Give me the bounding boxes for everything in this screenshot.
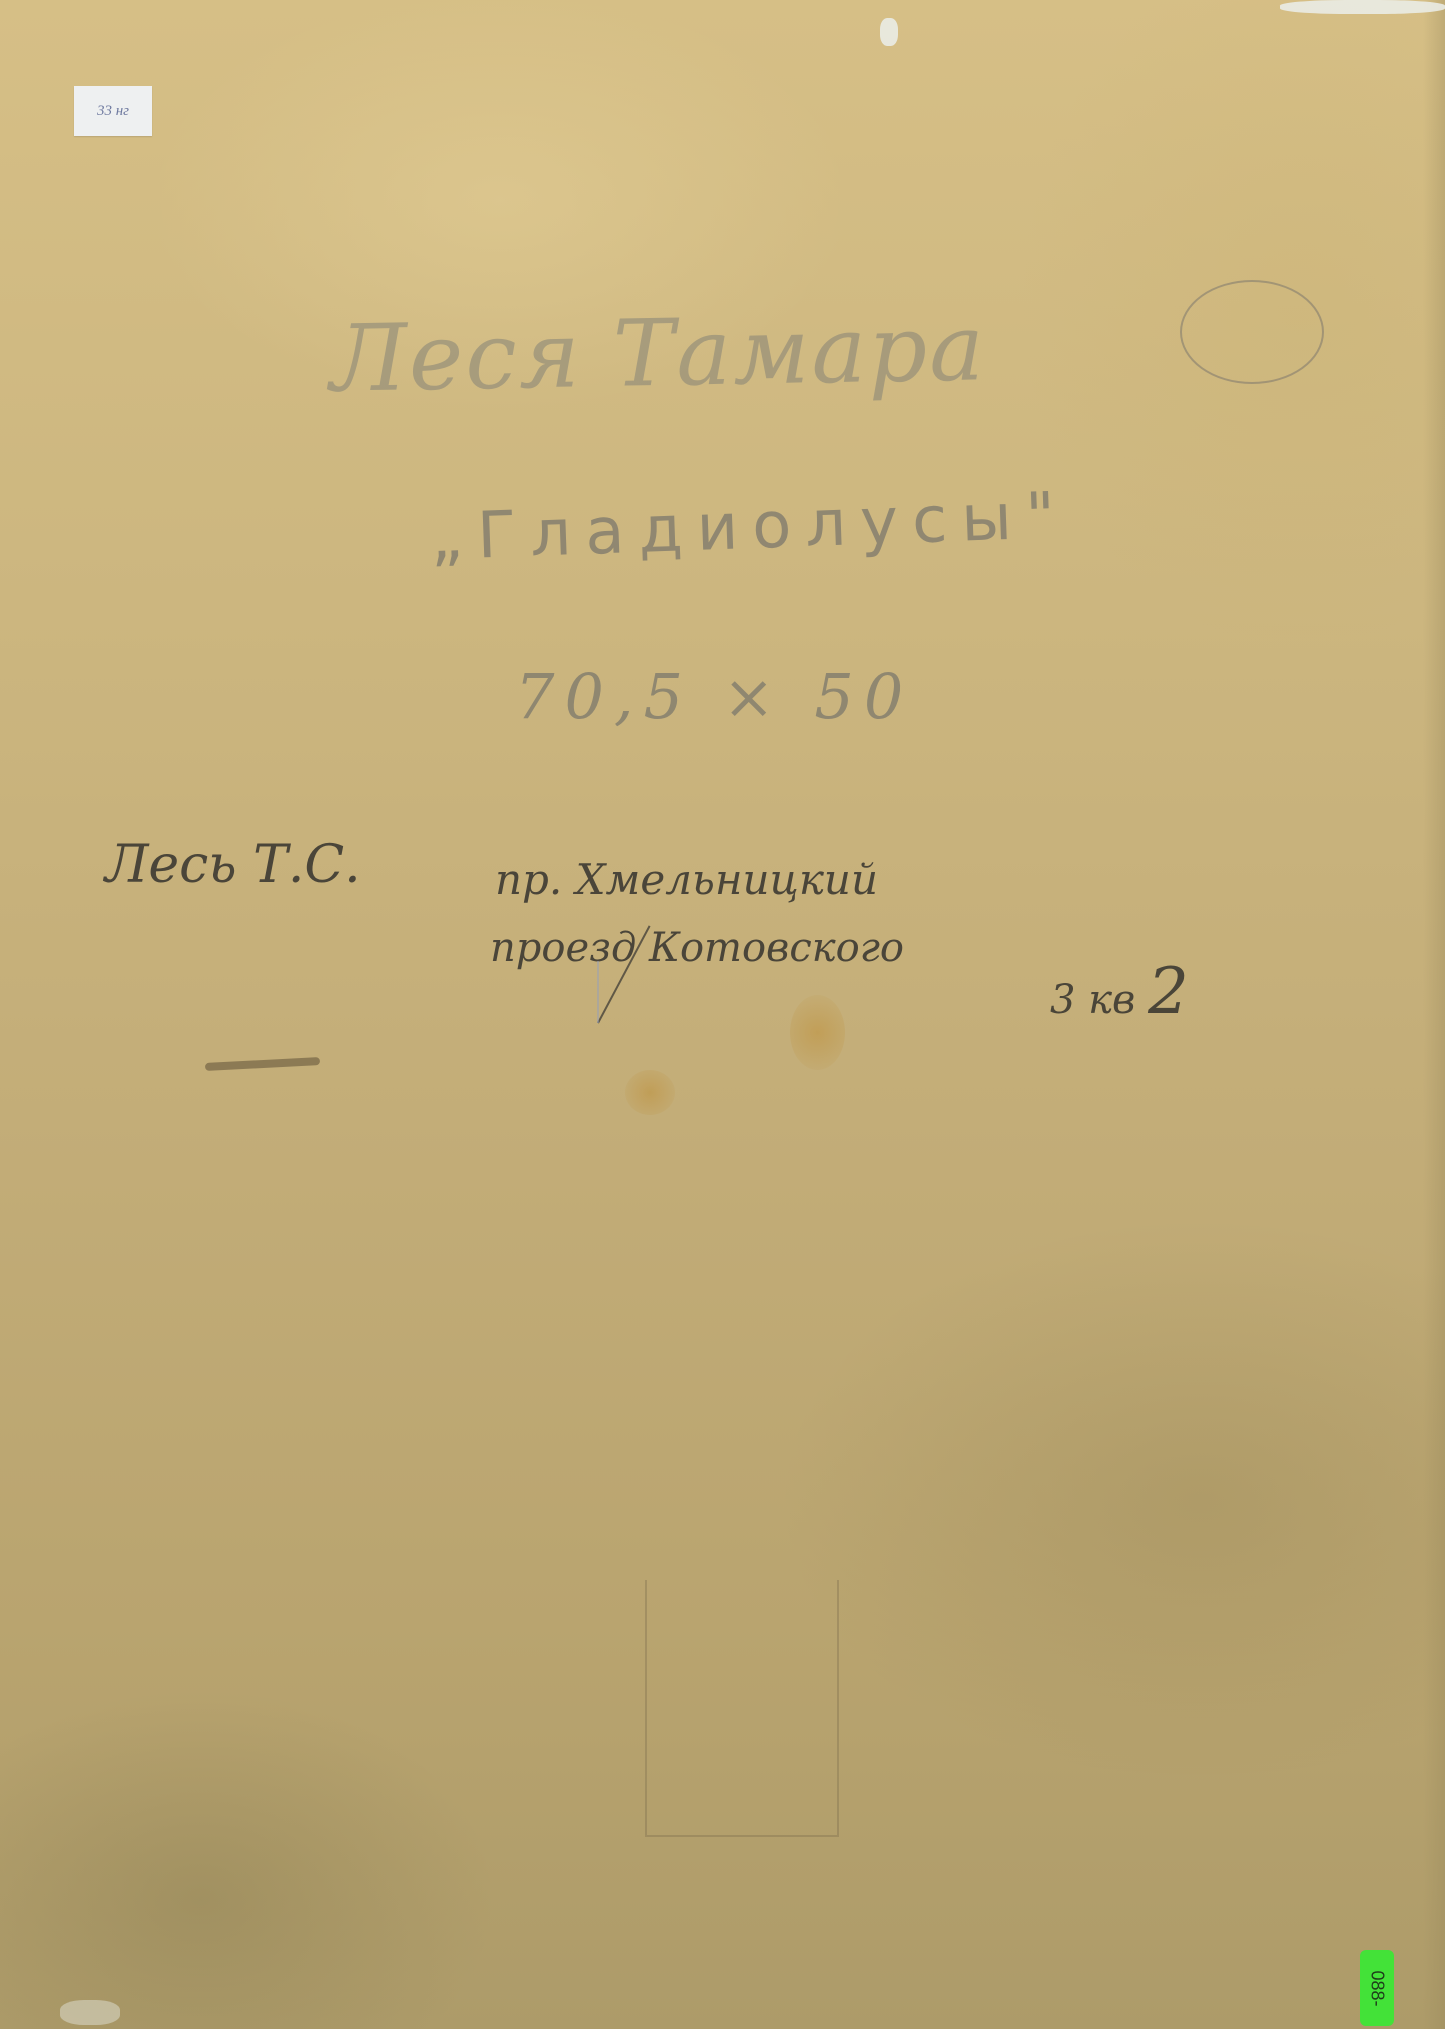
apartment-number: 2 bbox=[1148, 955, 1189, 1029]
address-apartment: 3 кв 2 bbox=[1050, 955, 1189, 1029]
ink-smudge bbox=[205, 1057, 320, 1071]
sticker-code: 088- bbox=[1367, 1970, 1388, 2006]
cardboard-reverse: 33 нг Леся Тамара „Гладиолусы" 70,5 × 50… bbox=[0, 0, 1445, 2029]
painting-dimensions: 70,5 × 50 bbox=[515, 660, 913, 733]
apartment-prefix: 3 кв bbox=[1050, 977, 1135, 1023]
address-passage: проезд Котовского bbox=[490, 925, 904, 971]
painting-title: „Гладиолусы" bbox=[429, 479, 1070, 575]
peeled-paper bbox=[880, 18, 898, 46]
peeled-paper bbox=[1280, 0, 1445, 14]
peeled-paper bbox=[60, 2000, 120, 2025]
stain bbox=[625, 1070, 675, 1115]
circled-mark bbox=[1180, 280, 1324, 384]
inventory-number: 33 нг bbox=[97, 103, 129, 120]
faded-stamp bbox=[645, 1580, 839, 1837]
artist-signature: Леся Тамара bbox=[329, 294, 987, 412]
owner-name: Лесь Т.С. bbox=[105, 835, 361, 895]
pencil-stroke bbox=[597, 961, 599, 1023]
address-street: пр. Хмельницкий bbox=[495, 855, 878, 904]
inventory-label: 33 нг bbox=[74, 86, 152, 136]
board-edge bbox=[1423, 0, 1445, 2029]
stain bbox=[790, 995, 845, 1070]
green-sticker: 088- bbox=[1360, 1950, 1394, 2026]
